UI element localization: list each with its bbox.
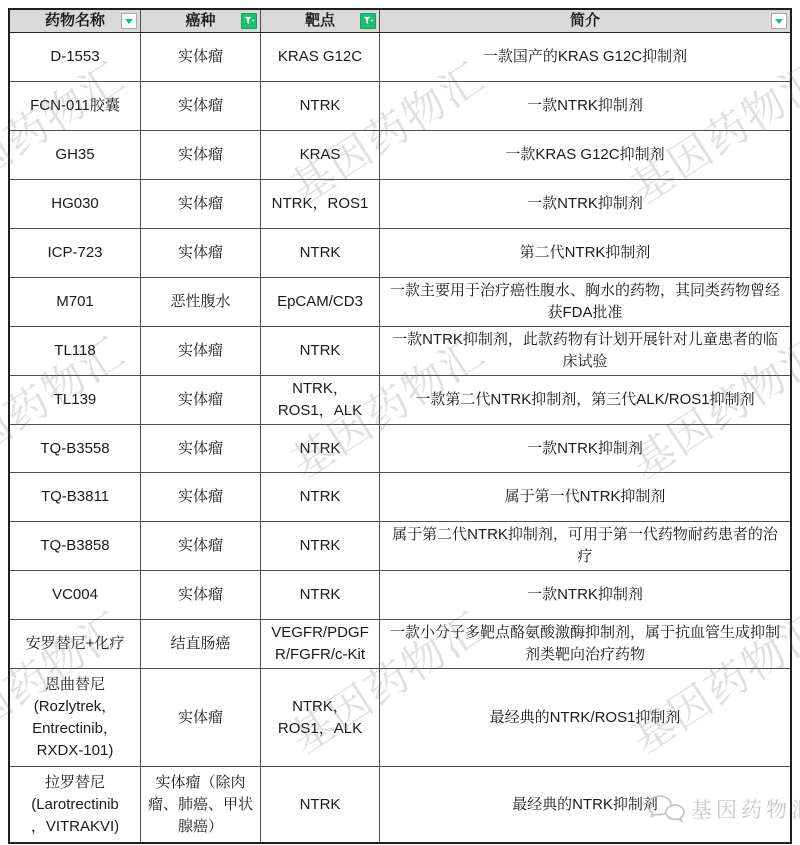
cancer-type-cell[interactable]: 实体瘤 xyxy=(141,376,261,424)
drug-name-cell[interactable]: TQ-B3558 xyxy=(10,425,141,472)
funnel-glyph-icon xyxy=(363,16,374,27)
cancer-type-cell[interactable]: 实体瘤 xyxy=(141,669,261,766)
cancer-type-cell[interactable]: 实体瘤 xyxy=(141,425,261,472)
cancer-type-cell[interactable]: 实体瘤 xyxy=(141,180,261,228)
header-cell-target[interactable]: 靶点 xyxy=(261,10,380,32)
header-cell-cancer-type[interactable]: 癌种 xyxy=(141,10,261,32)
drug-name-cell[interactable]: 恩曲替尼 (Rozlytrek， Entrectinib， RXDX-101) xyxy=(10,669,141,766)
target-cell[interactable]: NTRK xyxy=(261,522,380,570)
description-cell[interactable]: 一款NTRK抑制剂 xyxy=(380,82,790,130)
description-cell[interactable]: 最经典的NTRK/ROS1抑制剂 xyxy=(380,669,790,766)
drug-name-cell[interactable]: TQ-B3858 xyxy=(10,522,141,570)
description-cell[interactable]: 一款KRAS G12C抑制剂 xyxy=(380,131,790,179)
description-cell[interactable]: 一款NTRK抑制剂，此款药物有计划开展针对儿童患者的临床试验 xyxy=(380,327,790,375)
target-cell[interactable]: KRAS G12C xyxy=(261,33,380,81)
cancer-type-cell[interactable]: 实体瘤 xyxy=(141,33,261,81)
cancer-type-cell[interactable]: 恶性腹水 xyxy=(141,278,261,326)
target-cell[interactable]: NTRK xyxy=(261,767,380,842)
description-cell[interactable]: 第二代NTRK抑制剂 xyxy=(380,229,790,277)
table-row: 恩曲替尼 (Rozlytrek， Entrectinib， RXDX-101) … xyxy=(10,669,790,767)
drug-name-cell[interactable]: FCN-011胶囊 xyxy=(10,82,141,130)
header-label-target: 靶点 xyxy=(305,10,335,32)
table-header-row: 药物名称 癌种 靶点 简介 xyxy=(10,10,790,33)
table-row: FCN-011胶囊 实体瘤 NTRK 一款NTRK抑制剂 xyxy=(10,82,790,131)
cancer-type-cell[interactable]: 实体瘤 xyxy=(141,522,261,570)
target-cell[interactable]: KRAS xyxy=(261,131,380,179)
drug-table: 药物名称 癌种 靶点 简介 xyxy=(8,8,792,844)
drug-name-cell[interactable]: D-1553 xyxy=(10,33,141,81)
target-cell[interactable]: NTRK xyxy=(261,425,380,472)
dropdown-triangle-icon xyxy=(775,19,783,24)
header-cell-drug-name[interactable]: 药物名称 xyxy=(10,10,141,32)
table-row: D-1553 实体瘤 KRAS G12C 一款国产的KRAS G12C抑制剂 xyxy=(10,33,790,82)
cancer-type-cell[interactable]: 实体瘤 xyxy=(141,571,261,619)
description-cell[interactable]: 一款NTRK抑制剂 xyxy=(380,180,790,228)
target-cell[interactable]: NTRK， ROS1，ALK xyxy=(261,669,380,766)
drug-name-cell[interactable]: 安罗替尼+化疗 xyxy=(10,620,141,668)
filter-funnel-icon[interactable] xyxy=(360,13,376,29)
funnel-glyph-icon xyxy=(244,16,255,27)
drug-name-cell[interactable]: TL139 xyxy=(10,376,141,424)
drug-name-cell[interactable]: HG030 xyxy=(10,180,141,228)
table-row: TQ-B3858 实体瘤 NTRK 属于第二代NTRK抑制剂，可用于第一代药物耐… xyxy=(10,522,790,571)
description-cell[interactable]: 一款NTRK抑制剂 xyxy=(380,571,790,619)
table-row: HG030 实体瘤 NTRK，ROS1 一款NTRK抑制剂 xyxy=(10,180,790,229)
description-cell[interactable]: 一款NTRK抑制剂 xyxy=(380,425,790,472)
table-row: ICP-723 实体瘤 NTRK 第二代NTRK抑制剂 xyxy=(10,229,790,278)
cancer-type-cell[interactable]: 实体瘤（除肉瘤、肺癌、甲状腺癌） xyxy=(141,767,261,842)
header-label-cancer-type: 癌种 xyxy=(185,10,215,32)
drug-name-cell[interactable]: TQ-B3811 xyxy=(10,473,141,521)
target-cell[interactable]: NTRK xyxy=(261,82,380,130)
description-cell[interactable]: 最经典的NTRK抑制剂 xyxy=(380,767,790,842)
description-cell[interactable]: 一款国产的KRAS G12C抑制剂 xyxy=(380,33,790,81)
table-row: TL139 实体瘤 NTRK， ROS1，ALK 一款第二代NTRK抑制剂，第三… xyxy=(10,376,790,425)
target-cell[interactable]: NTRK xyxy=(261,229,380,277)
cancer-type-cell[interactable]: 实体瘤 xyxy=(141,229,261,277)
cancer-type-cell[interactable]: 实体瘤 xyxy=(141,82,261,130)
table-row: TQ-B3558 实体瘤 NTRK 一款NTRK抑制剂 xyxy=(10,425,790,473)
dropdown-arrow-icon[interactable] xyxy=(121,13,137,29)
filter-funnel-icon[interactable] xyxy=(241,13,257,29)
target-cell[interactable]: NTRK xyxy=(261,473,380,521)
header-label-drug-name: 药物名称 xyxy=(45,10,105,32)
table-row: GH35 实体瘤 KRAS 一款KRAS G12C抑制剂 xyxy=(10,131,790,180)
target-cell[interactable]: EpCAM/CD3 xyxy=(261,278,380,326)
target-cell[interactable]: NTRK， ROS1，ALK xyxy=(261,376,380,424)
cancer-type-cell[interactable]: 结直肠癌 xyxy=(141,620,261,668)
drug-name-cell[interactable]: TL118 xyxy=(10,327,141,375)
target-cell[interactable]: NTRK xyxy=(261,327,380,375)
table-row: M701 恶性腹水 EpCAM/CD3 一款主要用于治疗癌性腹水、胸水的药物，其… xyxy=(10,278,790,327)
dropdown-triangle-icon xyxy=(125,19,133,24)
table-row: 安罗替尼+化疗 结直肠癌 VEGFR/PDGFR/FGFR/c-Kit 一款小分… xyxy=(10,620,790,669)
table-row: VC004 实体瘤 NTRK 一款NTRK抑制剂 xyxy=(10,571,790,620)
dropdown-arrow-icon[interactable] xyxy=(771,13,787,29)
target-cell[interactable]: NTRK xyxy=(261,571,380,619)
cancer-type-cell[interactable]: 实体瘤 xyxy=(141,131,261,179)
drug-name-cell[interactable]: VC004 xyxy=(10,571,141,619)
drug-name-cell[interactable]: ICP-723 xyxy=(10,229,141,277)
description-cell[interactable]: 一款小分子多靶点酪氨酸激酶抑制剂，属于抗血管生成抑制剂类靶向治疗药物 xyxy=(380,620,790,668)
cancer-type-cell[interactable]: 实体瘤 xyxy=(141,473,261,521)
cancer-type-cell[interactable]: 实体瘤 xyxy=(141,327,261,375)
target-cell[interactable]: NTRK，ROS1 xyxy=(261,180,380,228)
description-cell[interactable]: 一款第二代NTRK抑制剂，第三代ALK/ROS1抑制剂 xyxy=(380,376,790,424)
drug-name-cell[interactable]: M701 xyxy=(10,278,141,326)
drug-name-cell[interactable]: GH35 xyxy=(10,131,141,179)
drug-name-cell[interactable]: 拉罗替尼 (Larotrectinib ，VITRAKVI) xyxy=(10,767,141,842)
target-cell[interactable]: VEGFR/PDGFR/FGFR/c-Kit xyxy=(261,620,380,668)
table-row: TQ-B3811 实体瘤 NTRK 属于第一代NTRK抑制剂 xyxy=(10,473,790,522)
header-label-description: 简介 xyxy=(570,10,600,32)
table-row: 拉罗替尼 (Larotrectinib ，VITRAKVI) 实体瘤（除肉瘤、肺… xyxy=(10,767,790,842)
description-cell[interactable]: 属于第一代NTRK抑制剂 xyxy=(380,473,790,521)
description-cell[interactable]: 一款主要用于治疗癌性腹水、胸水的药物，其同类药物曾经获FDA批准 xyxy=(380,278,790,326)
description-cell[interactable]: 属于第二代NTRK抑制剂，可用于第一代药物耐药患者的治疗 xyxy=(380,522,790,570)
header-cell-description[interactable]: 简介 xyxy=(380,10,790,32)
table-row: TL118 实体瘤 NTRK 一款NTRK抑制剂，此款药物有计划开展针对儿童患者… xyxy=(10,327,790,376)
